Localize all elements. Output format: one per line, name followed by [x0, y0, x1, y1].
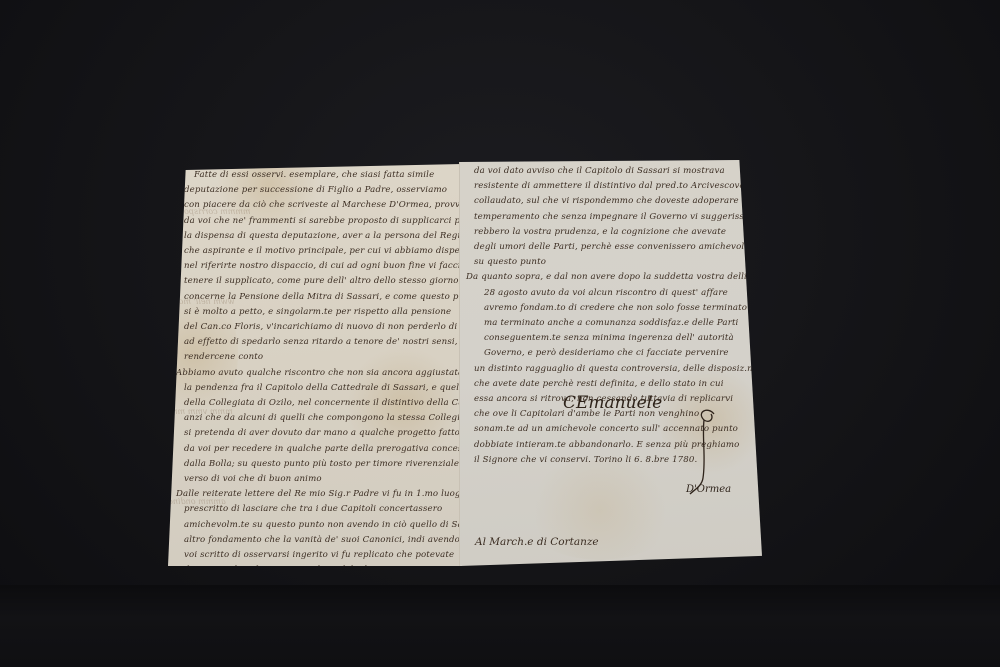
text-line: resistente di ammettere il distintivo da…	[474, 179, 762, 194]
text-line: tenere il supplicato, come pure dell' al…	[184, 274, 462, 289]
text-line: Governo, e però desideriamo che ci facci…	[474, 346, 762, 361]
text-line: amichevolm.te su questo punto non avendo…	[184, 518, 462, 533]
text-line: un distinto ragguaglio di questa controv…	[474, 362, 762, 377]
text-line: altro fondamento che la vanità de' suoi …	[184, 533, 462, 548]
text-line: prescritto di lasciare che tra i due Cap…	[184, 502, 462, 517]
text-line: da voi che ne' frammenti si sarebbe prop…	[184, 214, 462, 229]
left-page-text: Fatte di essi osservi. esemplare, che si…	[184, 168, 462, 566]
addressee-line: Al March.e di Cortanze	[475, 536, 599, 548]
text-line: si pretenda di aver dovuto dar mano a qu…	[184, 426, 462, 441]
text-line: la dispensa di questa deputazione, aver …	[184, 229, 462, 244]
text-line: nel riferirte nostro dispaccio, di cui a…	[184, 259, 462, 274]
dark-background-surface	[0, 585, 1000, 667]
text-line: ma terminato anche a comunanza soddisfaz…	[474, 316, 762, 331]
text-line: ad effetto di spedarlo senza ritardo a t…	[184, 335, 462, 350]
text-line: dalla Bolla; su questo punto più tosto p…	[184, 457, 462, 472]
text-line: Dalle reiterate lettere del Re mio Sig.r…	[176, 487, 462, 502]
text-line: da voi dato avviso che il Capitolo di Sa…	[474, 164, 762, 179]
text-line: Abbiamo avuto qualche riscontro che non …	[176, 366, 462, 381]
text-line: che avete date perchè resti definita, e …	[474, 377, 762, 392]
text-line: temperamento che senza impegnare il Gove…	[474, 210, 762, 225]
text-line: 28 agosto avuto da voi alcun riscontro d…	[474, 286, 762, 301]
text-line: deputazione per successione di Figlio a …	[184, 183, 462, 198]
text-line: si è molto a petto, e singolarm.te per r…	[184, 305, 462, 320]
text-line: rendercene conto	[184, 350, 462, 365]
text-line: concerne la Pensione della Mitra di Sass…	[184, 290, 462, 305]
text-line: degli umori delle Parti, perchè esse con…	[474, 240, 762, 255]
text-line: determinarlo col sentimento di qualche b…	[184, 563, 462, 566]
text-line: conseguentem.te senza minima ingerenza d…	[474, 331, 762, 346]
text-line: del Can.co Floris, v'incarichiamo di nuo…	[184, 320, 462, 335]
text-line: con piacere da ciò che scriveste al Marc…	[184, 198, 462, 213]
signature-emanuele: CEmanuele	[563, 393, 662, 413]
text-line: da voi per recedere in qualche parte del…	[184, 442, 462, 457]
text-line: avremo fondam.to di credere che non solo…	[474, 301, 762, 316]
right-page: da voi dato avviso che il Capitolo di Sa…	[460, 160, 762, 566]
countersignature-ormea: D'Ormea	[686, 484, 731, 495]
text-line: rebbero la vostra prudenza, e la cognizi…	[474, 225, 762, 240]
text-line: della Collegiata di Ozilo, nel concernen…	[184, 396, 462, 411]
text-line: Da quanto sopra, e dal non avere dopo la…	[466, 270, 762, 285]
text-line: voi scritto di osservarsi ingerito vi fu…	[184, 548, 462, 563]
text-line: collaudato, sul che vi rispondemmo che d…	[474, 194, 762, 209]
text-line: anzi che da alcuni di quelli che compong…	[184, 411, 462, 426]
text-line: verso di voi che di buon animo	[184, 472, 462, 487]
text-line: la pendenza fra il Capitolo della Catted…	[184, 381, 462, 396]
text-line: Fatte di essi osservi. esemplare, che si…	[184, 168, 462, 183]
text-line: su questo punto	[474, 255, 762, 270]
text-line: che aspirante e il motivo principale, pe…	[184, 244, 462, 259]
left-page: mmmm corrisposta wwm nell' molto mmm vmm…	[168, 164, 462, 566]
